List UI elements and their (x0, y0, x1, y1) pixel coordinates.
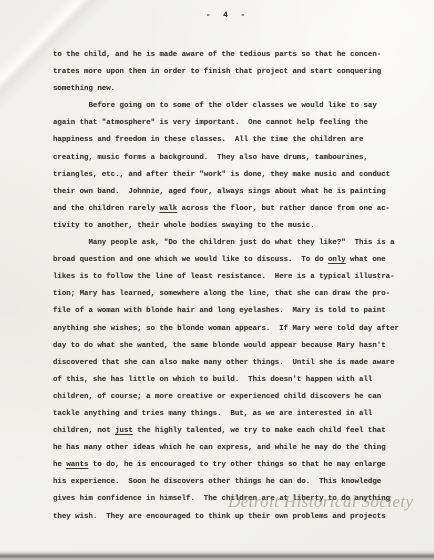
text-line: anything she wishes; so the blonde woman… (53, 321, 423, 338)
text-line: and the children rarely walk across the … (53, 201, 423, 218)
text-line: day to do what she wanted, the same blon… (53, 338, 423, 355)
scanned-document: { "page": { "number_label": "- 4 -" }, "… (0, 0, 434, 560)
text-line: triangles, etc., and after their "work" … (53, 167, 423, 184)
text-line: children, not just the highly talented, … (53, 423, 423, 440)
text-line: gives him confidence in himself. The chi… (53, 491, 423, 508)
text-line: tackle anything and tries many things. B… (53, 406, 423, 423)
text-line: Many people ask, "Do the children just d… (53, 235, 423, 252)
text-line: broad question and one which we would li… (53, 252, 423, 269)
text-line: they wish. They are encouraged to think … (53, 509, 423, 526)
text-line: Before going on to some of the older cla… (53, 98, 423, 115)
text-line: likes is to follow the line of least res… (53, 269, 423, 286)
text-line: he wants to do, he is encouraged to try … (53, 457, 423, 474)
text-line: creating, music forms a background. They… (53, 150, 423, 167)
text-line: tivity to another, their whole bodies sw… (53, 218, 423, 235)
document-text: to the child, and he is made aware of th… (53, 47, 423, 526)
text-line: something new. (53, 81, 423, 98)
text-line: trates more upon them in order to finish… (53, 64, 423, 81)
text-line: he has many other ideas which he can exp… (53, 440, 423, 457)
text-line: their own band. Johnnie, aged four, alwa… (53, 184, 423, 201)
page-bottom-edge (0, 550, 434, 560)
text-line: tion; Mary has learned, somewhere along … (53, 286, 423, 303)
text-line: happiness and freedom in these classes. … (53, 132, 423, 149)
document-page: - 4 - to the child, and he is made aware… (0, 0, 434, 560)
text-line: children, of course; a more creative or … (53, 389, 423, 406)
text-line: again that "atmosphere" is very importan… (53, 115, 423, 132)
text-line: of this, she has little on which to buil… (53, 372, 423, 389)
text-line: his experience. Soon he discovers other … (53, 474, 423, 491)
text-line: discovered that she can also make many o… (53, 355, 423, 372)
page-number: - 4 - (53, 11, 399, 20)
text-line: to the child, and he is made aware of th… (53, 47, 423, 64)
text-line: file of a woman with blonde hair and lon… (53, 303, 423, 320)
